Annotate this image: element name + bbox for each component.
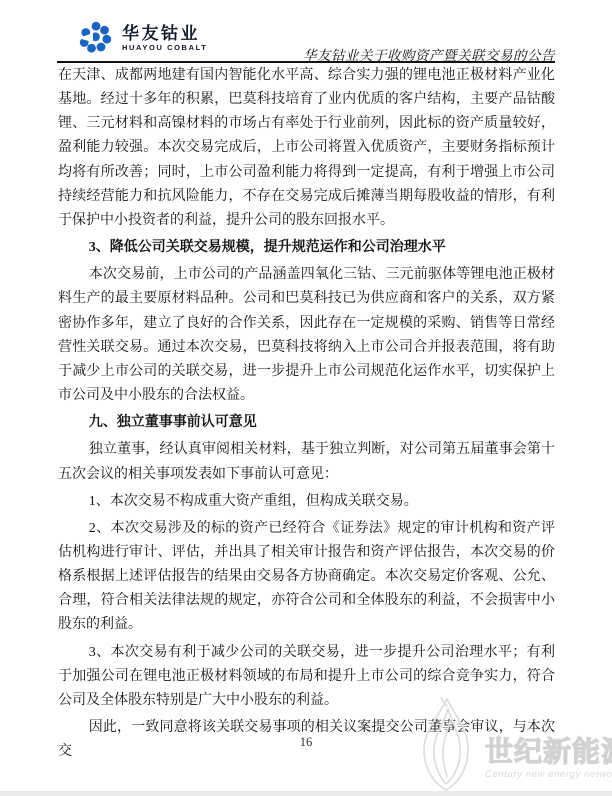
watermark: 世纪新能源网 Century new energy network [417,697,612,792]
company-logo-text: 华友钴业 HUAYOU COBALT [122,24,207,52]
company-name-en: HUAYOU COBALT [122,43,207,52]
flame-icon [417,697,475,792]
paragraph-independent-directors-intro: 独立董事，经认真审阅相关材料，基于独立判断，对公司第五届董事会第十五次会议的相关… [58,438,555,486]
section-heading-9: 九、独立董事事前认可意见 [58,411,555,435]
company-name-cn: 华友钴业 [122,24,207,43]
watermark-text: 世纪新能源网 Century new energy network [485,697,612,780]
cobalt-cluster-icon [78,21,116,55]
watermark-title-cn: 世纪新能源网 [485,737,612,767]
document-body: 在天津、成都两地建有国内智能化水平高、综合实力强的锂电池正极材料产业化基地。经过… [58,64,555,767]
opinion-item-2: 2、本次交易涉及的标的资产已经符合《证券法》规定的审计机构和资产评估机构进行审计… [58,517,555,638]
header-rule [57,61,555,63]
bottom-edge-bar [0,791,612,796]
section-heading-3: 3、降低公司关联交易规模，提升规范运作和公司治理水平 [58,236,555,260]
paragraph-transaction-benefits: 在天津、成都两地建有国内智能化水平高、综合实力强的锂电池正极材料产业化基地。经过… [58,64,555,233]
company-logo: 华友钴业 HUAYOU COBALT [78,21,207,55]
opinion-item-1: 1、本次交易不构成重大资产重组，但构成关联交易。 [58,490,555,514]
paragraph-related-transactions: 本次交易前，上市公司的产品涵盖四氧化三钴、三元前驱体等锂电池正极材料生产的最主要… [58,263,555,408]
document-page: 华友钴业 HUAYOU COBALT 华友钴业关于收购资产暨关联交易的公告 在天… [0,0,612,796]
watermark-subtitle-en: Century new energy network [485,769,612,780]
